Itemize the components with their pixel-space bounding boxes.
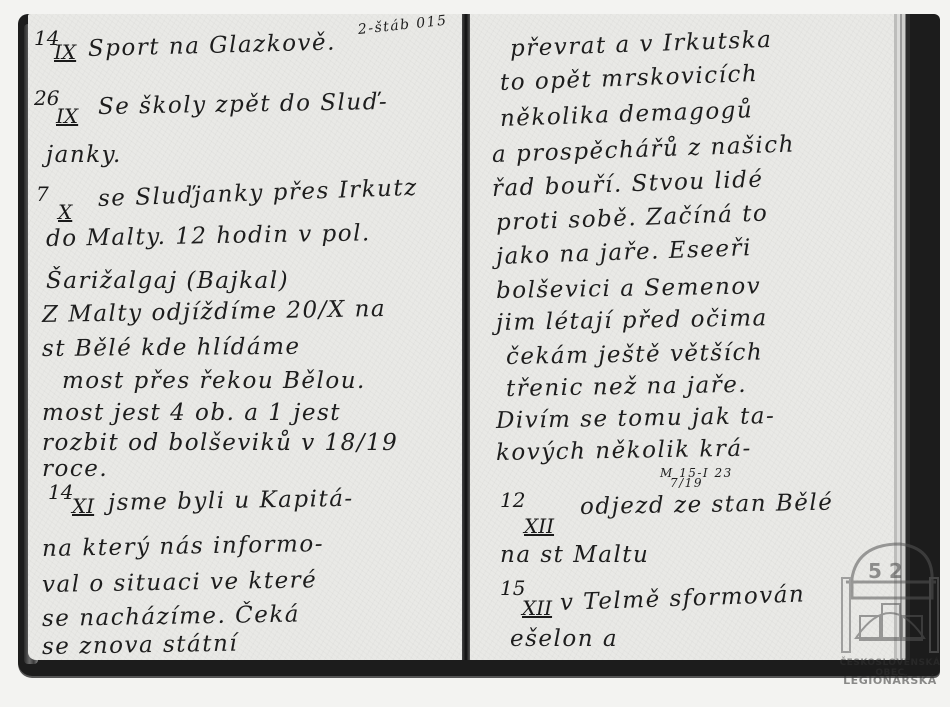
diary-line: Se školy zpět do Sluď-	[98, 89, 389, 120]
diary-line: jim létají před očima	[496, 305, 768, 336]
diary-line: Divím se tomu jak ta-	[496, 403, 776, 434]
diary-line: a prospěchářů z našich	[492, 131, 796, 168]
diary-line: most přes řekou Bělou.	[62, 368, 366, 394]
diary-line: několika demagogů	[500, 97, 754, 132]
diary-line: Z Malty odjíždíme 20/X na	[42, 296, 387, 328]
diary-line: bolševici a Semenov	[496, 273, 762, 304]
diary-line: Šarižalgaj (Bajkal)	[46, 268, 289, 294]
watermark-text-bottom: LEGIONÁŘSKÁ	[838, 674, 942, 687]
svg-text:5 2: 5 2	[868, 559, 903, 583]
left-page: 14 IX Sport na Glazkově. 2-štáb 015 26 I…	[28, 14, 462, 660]
diary-line: se znova státní	[42, 631, 239, 660]
date-month: IX	[56, 104, 78, 128]
diary-line: v Telmě sformován	[560, 581, 806, 616]
diary-line: most jest 4 ob. a 1 jest	[42, 400, 341, 426]
page-gutter	[462, 14, 470, 660]
diary-line: ešelon a	[510, 626, 618, 652]
date-day: 12	[500, 488, 525, 512]
diary-line: kových několik krá-	[496, 436, 752, 466]
diary-line: odjezd ze stan Bělé	[580, 490, 834, 520]
diary-line: to opět mrskovicích	[500, 61, 759, 96]
date-month: XII	[522, 596, 552, 620]
diary-line: jako na jaře. Eseeři	[496, 235, 753, 270]
diary-line: čekám ještě větších	[506, 340, 764, 370]
date-day: 7	[36, 182, 49, 206]
diary-line: se nacházíme. Čeká	[42, 601, 300, 631]
diary-line: Sport na Glazkově.	[88, 30, 337, 62]
diary-line: roce.	[42, 456, 108, 482]
diary-line: řad bouří. Stvou lidé	[492, 167, 764, 202]
diary-annotation: 7/19	[670, 476, 703, 490]
diary-line: rozbit od bolševiků v 18/19	[42, 430, 398, 456]
date-month: X	[58, 200, 72, 224]
diary-line: val o situaci ve které	[42, 567, 318, 598]
right-page: převrat a v Irkutska to opět mrskovicích…	[470, 14, 894, 660]
legionnaire-helmet-emblem-icon: 5 2	[838, 538, 942, 658]
diary-line: převrat a v Irkutska	[510, 27, 773, 62]
diary-line: do Malty. 12 hodin v pol.	[46, 220, 371, 252]
diary-line: janky.	[46, 142, 122, 168]
date-month: IX	[54, 40, 76, 64]
watermark: 5 2 ČESKOSLOVENSKÁ OBEC LEGIONÁŘSKÁ	[838, 538, 942, 698]
date-day: 14	[48, 480, 73, 504]
diary-line: se Sluďjanky přes Irkutz	[98, 175, 419, 212]
date-month: XII	[524, 514, 554, 538]
date-month: XI	[72, 494, 94, 518]
diary-annotation: 2-štáb 015	[357, 14, 448, 38]
scanned-diary-image: 14 IX Sport na Glazkově. 2-štáb 015 26 I…	[0, 0, 950, 707]
diary-line: proti sobě. Začíná to	[496, 200, 769, 235]
diary-line: st Bělé kde hlídáme	[42, 334, 301, 362]
diary-line: na st Maltu	[500, 542, 649, 568]
diary-line: jsme byli u Kapitá-	[108, 486, 354, 516]
diary-line: na který nás informo-	[42, 531, 324, 562]
diary-line: třenic než na jaře.	[506, 372, 748, 402]
